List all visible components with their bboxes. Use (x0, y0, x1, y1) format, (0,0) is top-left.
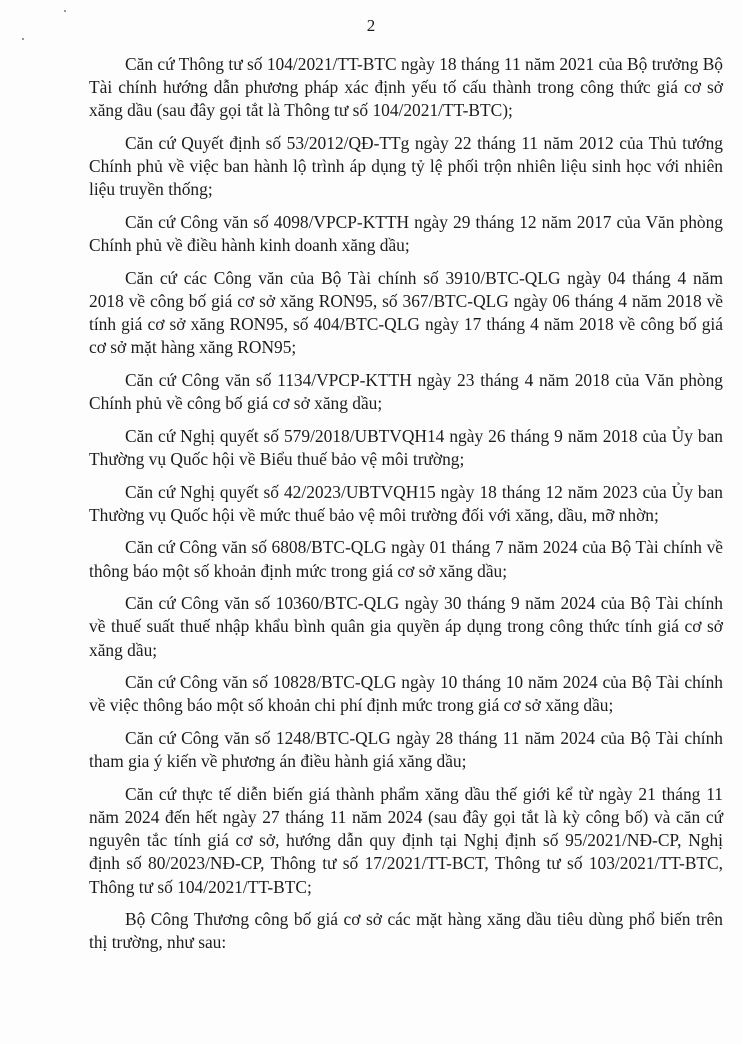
paragraph-dispatch-4098: Căn cứ Công văn số 4098/VPCP-KTTH ngày 2… (89, 211, 723, 257)
document-page: 2 Căn cứ Thông tư số 104/2021/TT-BTC ngà… (0, 0, 742, 1044)
paragraph-mof-dispatches-2018: Căn cứ các Công văn của Bộ Tài chính số … (89, 267, 723, 360)
paragraph-dispatch-1248: Căn cứ Công văn số 1248/BTC-QLG ngày 28 … (89, 727, 723, 773)
paragraph-world-price-basis: Căn cứ thực tế diễn biến giá thành phẩm … (89, 783, 723, 899)
paragraph-resolution-579: Căn cứ Nghị quyết số 579/2018/UBTVQH14 n… (89, 425, 723, 471)
paragraph-announcement: Bộ Công Thương công bố giá cơ sở các mặt… (89, 908, 723, 954)
paragraph-circular-104-2021: Căn cứ Thông tư số 104/2021/TT-BTC ngày … (89, 53, 723, 123)
scan-speck (64, 10, 66, 12)
paragraph-decision-53-2012: Căn cứ Quyết định số 53/2012/QĐ-TTg ngày… (89, 132, 723, 202)
paragraph-resolution-42: Căn cứ Nghị quyết số 42/2023/UBTVQH15 ng… (89, 481, 723, 527)
paragraph-dispatch-1134: Căn cứ Công văn số 1134/VPCP-KTTH ngày 2… (89, 369, 723, 415)
paragraph-dispatch-10828: Căn cứ Công văn số 10828/BTC-QLG ngày 10… (89, 671, 723, 717)
document-body: Căn cứ Thông tư số 104/2021/TT-BTC ngày … (89, 53, 723, 964)
paragraph-dispatch-6808: Căn cứ Công văn số 6808/BTC-QLG ngày 01 … (89, 536, 723, 582)
scan-speck (22, 38, 24, 40)
paragraph-dispatch-10360: Căn cứ Công văn số 10360/BTC-QLG ngày 30… (89, 592, 723, 662)
page-number: 2 (0, 14, 742, 37)
